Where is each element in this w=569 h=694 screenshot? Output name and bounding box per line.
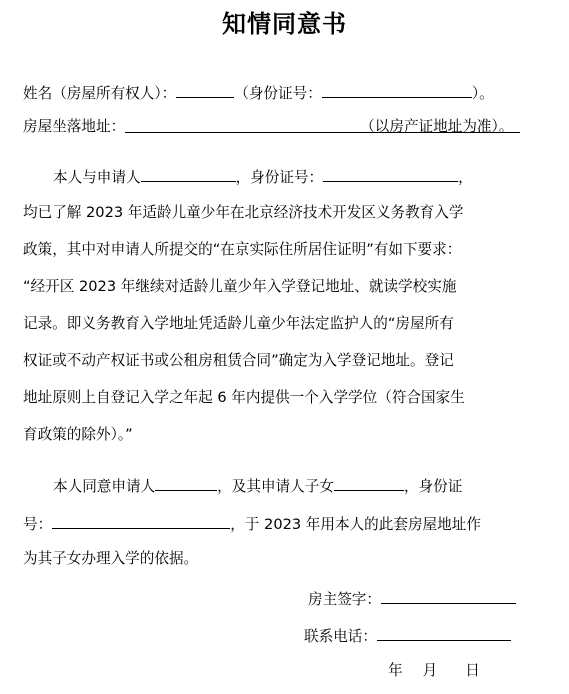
applicant-id-field[interactable] [323, 165, 458, 182]
para1-first-line: 本人与申请人，身份证号：， [23, 165, 473, 185]
para2-id-label-1: ，身份证 [404, 478, 462, 495]
owner-line: 姓名（房屋所有权人）：（身份证号：）。 [23, 81, 494, 101]
owner-sign-field[interactable] [381, 587, 516, 604]
para1-line: 地址原则上自登记入学之年起 6 年内提供一个入学学位（符合国家生 [23, 388, 465, 408]
consent-child-field[interactable] [334, 474, 404, 491]
para1-line: 权证或不动产权证书或公租房租赁合同”确定为入学登记地址。登记 [23, 351, 454, 371]
date-year-label: 年 [388, 662, 403, 679]
owner-signature-row: 房主签字： [308, 587, 516, 610]
owner-line-end: ）。 [472, 85, 494, 102]
para2-child-label: ，及其申请人子女 [217, 478, 334, 495]
owner-id-label: （身份证号： [234, 85, 322, 102]
para1-line: 政策，其中对申请人所提交的“在京实际住所居住证明”有如下要求： [23, 240, 461, 260]
para2-prefix: 本人同意申请人 [53, 478, 155, 495]
para1-line: 育政策的除外）。” [23, 425, 133, 445]
phone-row: 联系电话： [304, 624, 511, 647]
address-line: 房屋坐落地址：（以房产证地址为准）。 [23, 117, 520, 137]
owner-id-field[interactable] [322, 81, 472, 98]
para1-line: 记录。即义务教育入学地址凭适龄儿童少年法定监护人的“房屋所有 [23, 314, 454, 334]
para2-first-line: 本人同意申请人，及其申请人子女，身份证 [23, 474, 462, 494]
para1-end: ， [458, 169, 473, 186]
para1-id-label: ，身份证号： [236, 169, 324, 186]
phone-label: 联系电话： [304, 628, 377, 645]
date-day-label: 日 [465, 662, 480, 679]
document-title: 知情同意书 [0, 4, 569, 39]
date-row: 年月日 [388, 661, 480, 681]
address-label: 房屋坐落地址： [23, 118, 125, 135]
para2-suffix: ，于 2023 年用本人的此套房屋地址作 [230, 516, 481, 533]
para1-line: 均已了解 2023 年适龄儿童少年在北京经济技术开发区义务教育入学 [23, 203, 463, 223]
owner-name-label: 姓名（房屋所有权人）： [23, 85, 176, 102]
applicant-name-field[interactable] [141, 165, 236, 182]
para2-second-line: 号：，于 2023 年用本人的此套房屋地址作 [23, 512, 481, 532]
owner-name-field[interactable] [176, 81, 234, 98]
address-note: （以房产证地址为准）。 [360, 118, 513, 135]
phone-field[interactable] [377, 624, 511, 641]
consent-applicant-field[interactable] [155, 474, 217, 491]
consent-child-id-field[interactable] [52, 512, 230, 529]
para2-last-line: 为其子女办理入学的依据。 [23, 549, 198, 569]
para2-id-label-2: 号： [23, 516, 52, 533]
para1-prefix: 本人与申请人 [53, 169, 141, 186]
owner-sign-label: 房主签字： [308, 591, 381, 608]
para1-line: “经开区 2023 年继续对适龄儿童少年入学登记地址、就读学校实施 [23, 277, 456, 297]
date-month-label: 月 [423, 662, 438, 679]
address-field[interactable]: （以房产证地址为准）。 [125, 117, 520, 133]
